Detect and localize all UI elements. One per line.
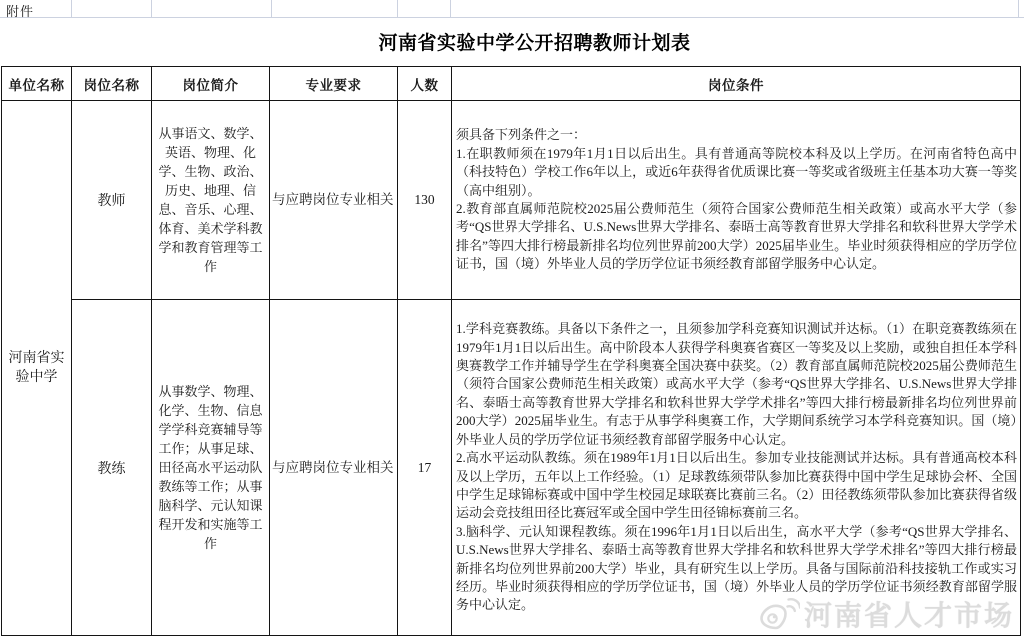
- grid-line: [151, 0, 152, 17]
- header-headcount: 人数: [398, 67, 452, 101]
- grid-line: [271, 0, 272, 17]
- header-position-intro: 岗位简介: [152, 67, 270, 101]
- document-page: 附件 河南省实验中学公开招聘教师计划表 单位名称 岗位名称 岗位简介 专业要求 …: [0, 0, 1024, 642]
- grid-line: [71, 0, 72, 17]
- grid-line: [397, 0, 398, 17]
- header-major-requirement: 专业要求: [270, 67, 398, 101]
- headcount-cell: 17: [398, 300, 452, 635]
- position-name-cell: 教练: [72, 300, 152, 635]
- position-conditions-cell: 须具备下列条件之一： 1.在职教师须在1979年1月1日以后出生。具有普通高等院…: [452, 101, 1020, 300]
- grid-line: [450, 0, 451, 17]
- position-intro-cell: 从事数学、物理、化学、生物、信息学学科竞赛辅导等工作；从事足球、田径高水平运动队…: [152, 300, 270, 635]
- page-title: 河南省实验中学公开招聘教师计划表: [0, 28, 1024, 55]
- position-intro-cell: 从事语文、数学、英语、物理、化学、生物、政治、历史、地理、信息、音乐、心理、体育…: [152, 101, 270, 300]
- unit-name-cell: 河南省实验中学: [2, 101, 72, 635]
- attachment-label: 附件: [6, 1, 34, 20]
- grid-line: [1018, 0, 1019, 17]
- major-requirement-cell: 与应聘岗位专业相关: [270, 300, 398, 635]
- header-unit-name: 单位名称: [2, 67, 72, 101]
- header-position-name: 岗位名称: [72, 67, 152, 101]
- position-conditions-cell: 1.学科竞赛教练。具备以下条件之一，且须参加学科竞赛知识测试并达标。（1）在职竞…: [452, 300, 1020, 635]
- position-name-cell: 教师: [72, 101, 152, 300]
- major-requirement-cell: 与应聘岗位专业相关: [270, 101, 398, 300]
- conditions-text: 1.学科竞赛教练。具备以下条件之一，且须参加学科竞赛知识测试并达标。（1）在职竞…: [456, 320, 1017, 615]
- headcount-cell: 130: [398, 101, 452, 300]
- conditions-text: 须具备下列条件之一： 1.在职教师须在1979年1月1日以后出生。具有普通高等院…: [456, 126, 1017, 273]
- header-position-conditions: 岗位条件: [452, 67, 1020, 101]
- recruitment-table: 单位名称 岗位名称 岗位简介 专业要求 人数 岗位条件 河南省实验中学 教师 从…: [1, 66, 1021, 636]
- spreadsheet-top-strip: 附件: [0, 0, 1024, 18]
